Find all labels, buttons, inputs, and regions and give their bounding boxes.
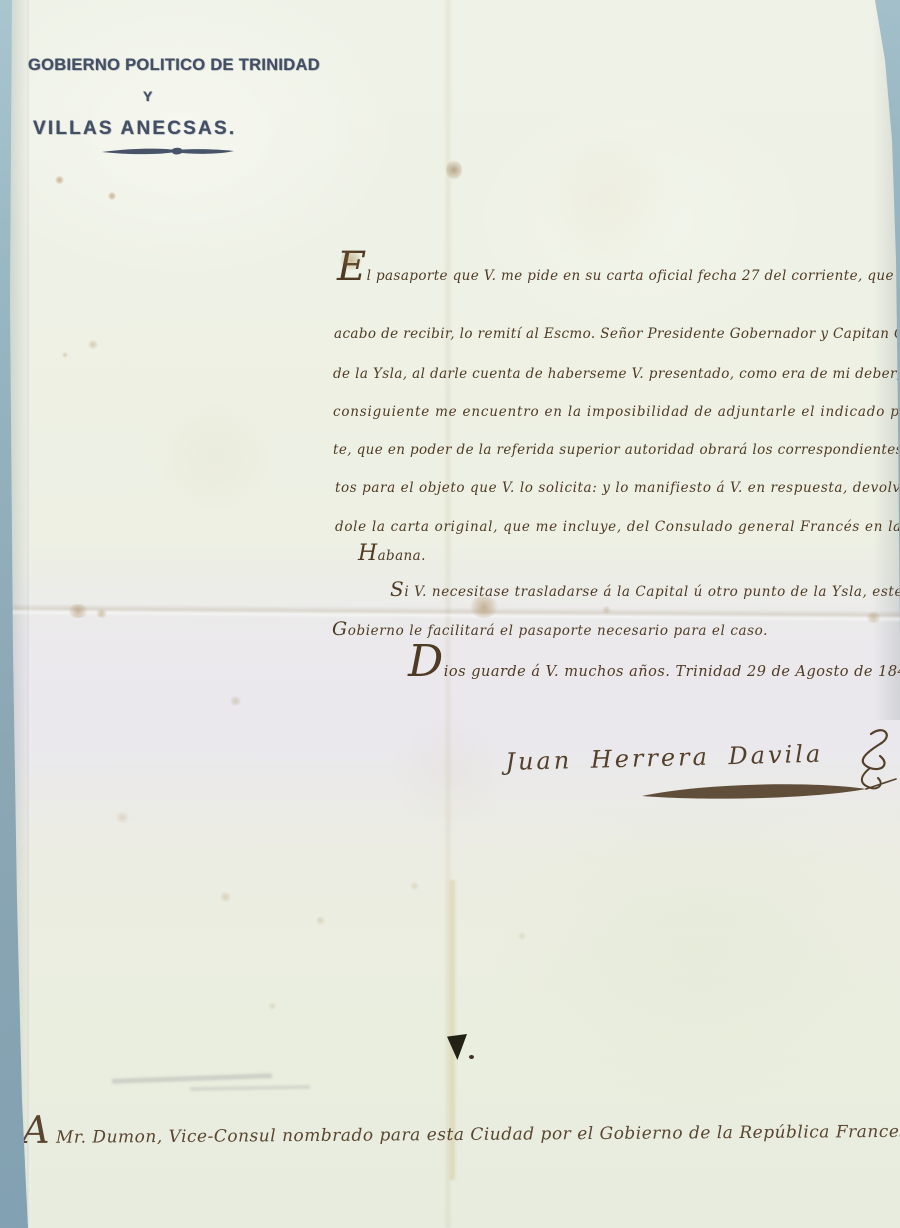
stain [410,882,419,890]
show-through-smudge [190,1085,310,1091]
letter-line: El pasaporte que V. me pide en su carta … [337,265,894,284]
show-through-smudge [112,1073,272,1084]
letter-line: tos para el objeto que V. lo solicita: y… [335,480,900,496]
address-line: A Mr. Dumon, Vice-Consul nombrado para e… [22,1122,900,1149]
stain [55,176,64,184]
stain [230,696,241,706]
paper-blotch [140,400,290,510]
letter-line: Si V. necesitase trasladarse á la Capita… [390,584,900,600]
stain [866,612,881,623]
stain [62,352,68,358]
stain [446,160,462,180]
letter-line: acabo de recibir, lo remití al Escmo. Se… [334,326,900,342]
letter-line: dole la carta original, que me incluye, … [335,519,900,535]
letterhead-stamp-line2: Y [143,88,152,104]
signature-flourish [628,726,898,816]
paper-hole-speck [469,1055,474,1059]
letterhead-stamp-line1: GOBIERNO POLITICO DE TRINIDAD [28,56,320,75]
valediction-line: Dios guarde á V. muchos años. Trinidad 2… [408,660,900,681]
stain [116,812,129,823]
horizontal-fold-crease [6,603,900,622]
letter-line: Habana. [358,548,426,564]
stain [108,192,116,200]
letter-paper: GOBIERNO POLITICO DE TRINIDAD Y VILLAS A… [0,0,900,1228]
paper-blotch [520,140,700,260]
letter-line: consiguiente me encuentro en la imposibi… [333,404,900,420]
stamp-underline [100,145,236,157]
letter-line: de la Ysla, al darle cuenta de haberseme… [333,366,900,382]
stain [88,340,98,349]
stain [268,1002,277,1010]
stain [220,892,231,902]
photo-of-document: { "letterhead": { "line1": "GOBIERNO POL… [0,0,900,1228]
stain [316,916,325,925]
stain [470,596,498,618]
stain [340,250,362,270]
left-edge-crease [27,0,31,1228]
letter-line: Gobierno le facilitará el pasaporte nece… [332,623,768,639]
stain [602,606,611,614]
letterhead-stamp-line3: VILLAS ANECSAS. [33,118,236,140]
stain [96,609,107,618]
stain [68,604,88,618]
letter-line: te, que en poder de la referida superior… [333,442,900,458]
stain [518,932,526,940]
